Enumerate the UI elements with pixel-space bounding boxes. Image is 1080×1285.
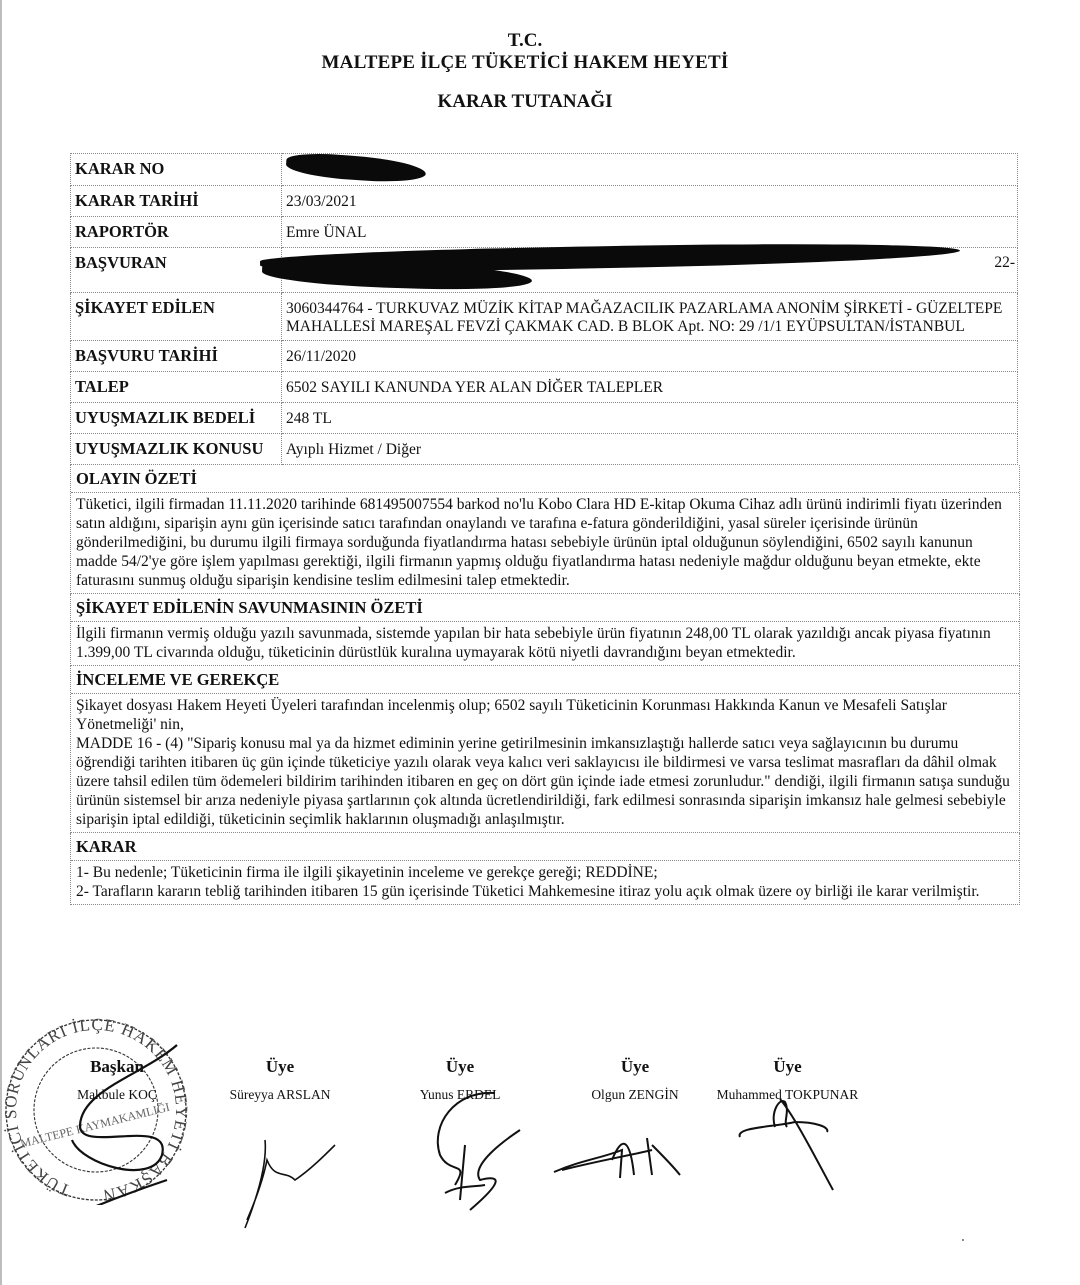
- organization-name: MALTEPE İLÇE TÜKETİCİ HAKEM HEYETİ: [0, 52, 1050, 74]
- row-label-basvuran: BAŞVURAN: [71, 248, 282, 293]
- talep-value: 6502 SAYILI KANUNDA YER ALAN DİĞER TALEP…: [282, 372, 1018, 403]
- signatory-role: Üye: [710, 1057, 865, 1077]
- official-stamp-icon: TÜKETİCİ SORUNLARI İLÇE HAKEM HEYETİ BAŞ…: [2, 1015, 190, 1205]
- signature-mark-icon: [552, 1130, 682, 1180]
- row-label-karar-no: KARAR NO: [71, 154, 282, 186]
- document-title: KARAR TUTANAĞI: [0, 91, 1050, 113]
- table-row: BAŞVURU TARİHİ 26/11/2020: [71, 341, 1018, 372]
- decision-item: 2- Tarafların kararın tebliğ tarihinden …: [76, 882, 1014, 901]
- section-body: Şikayet dosyası Hakem Heyeti Üyeleri tar…: [71, 694, 1019, 832]
- section-heading: KARAR: [71, 833, 1019, 861]
- table-row: BAŞVURAN 22-: [71, 248, 1018, 293]
- row-label-basvuru-tarihi: BAŞVURU TARİHİ: [71, 341, 282, 372]
- table-row: KARAR NO: [71, 154, 1018, 186]
- signatory-name: Makbule KOÇ: [72, 1087, 162, 1103]
- signatory-role: Üye: [400, 1057, 520, 1077]
- basvuran-value: 22-: [282, 248, 1018, 293]
- scan-speck: [962, 1239, 964, 1241]
- section-paragraph: Şikayet dosyası Hakem Heyeti Üyeleri tar…: [76, 696, 1014, 734]
- signature-area: TÜKETİCİ SORUNLARI İLÇE HAKEM HEYETİ BAŞ…: [0, 1015, 1080, 1285]
- section-paragraph: MADDE 16 - (4) "Sipariş konusu mal ya da…: [76, 734, 1014, 829]
- karar-tarihi-value: 23/03/2021: [282, 186, 1018, 217]
- signatory-uye-3: Üye Olgun ZENGİN: [575, 1057, 695, 1103]
- basvuru-tarihi-value: 26/11/2020: [282, 341, 1018, 372]
- row-label-uyusmazlik-konusu: UYUŞMAZLIK KONUSU: [71, 434, 282, 465]
- signatory-baskan: Başkan Makbule KOÇ: [72, 1057, 162, 1103]
- row-label-karar-tarihi: KARAR TARİHİ: [71, 186, 282, 217]
- section-heading: İNCELEME VE GEREKÇE: [71, 666, 1019, 694]
- signatory-uye-1: Üye Süreyya ARSLAN: [220, 1057, 340, 1103]
- table-row: UYUŞMAZLIK BEDELİ 248 TL: [71, 403, 1018, 434]
- karar-no-value: [282, 154, 1018, 186]
- row-label-uyusmazlik-bedeli: UYUŞMAZLIK BEDELİ: [71, 403, 282, 434]
- svg-text:MALTEPE KAYMAKAMLIĞI: MALTEPE KAYMAKAMLIĞI: [19, 1100, 171, 1151]
- uyusmazlik-konusu-value: Ayıplı Hizmet / Diğer: [282, 434, 1018, 465]
- signature-mark-icon: [415, 1085, 525, 1215]
- signatory-role: Başkan: [72, 1057, 162, 1077]
- section-paragraph: İlgili firmanın vermiş olduğu yazılı sav…: [76, 624, 1014, 662]
- signatory-name: Süreyya ARSLAN: [220, 1087, 340, 1103]
- section-savunma-ozeti: ŞİKAYET EDİLENİN SAVUNMASININ ÖZETİ İlgi…: [70, 594, 1020, 666]
- section-heading: ŞİKAYET EDİLENİN SAVUNMASININ ÖZETİ: [71, 594, 1019, 622]
- signature-mark-icon: [735, 1097, 845, 1192]
- sikayet-edilen-value: 3060344764 - TURKUVAZ MÜZİK KİTAP MAĞAZA…: [282, 293, 1018, 341]
- section-karar: KARAR 1- Bu nedenle; Tüketicinin firma i…: [70, 833, 1020, 905]
- table-row: ŞİKAYET EDİLEN 3060344764 - TURKUVAZ MÜZ…: [71, 293, 1018, 341]
- uyusmazlik-bedeli-value: 248 TL: [282, 403, 1018, 434]
- signatory-name: Olgun ZENGİN: [575, 1087, 695, 1103]
- section-inceleme-gerekce: İNCELEME VE GEREKÇE Şikayet dosyası Hake…: [70, 666, 1020, 833]
- row-label-raportor: RAPORTÖR: [71, 217, 282, 248]
- decision-form: KARAR NO KARAR TARİHİ 23/03/2021 RAPORTÖ…: [70, 153, 1018, 905]
- row-label-sikayet-edilen: ŞİKAYET EDİLEN: [71, 293, 282, 341]
- section-body: Tüketici, ilgili firmadan 11.11.2020 tar…: [71, 493, 1019, 593]
- signatory-role: Üye: [575, 1057, 695, 1077]
- section-body: İlgili firmanın vermiş olduğu yazılı sav…: [71, 622, 1019, 665]
- basvuran-visible-fragment: 22-: [994, 254, 1015, 272]
- country-label: T.C.: [0, 30, 1050, 52]
- row-label-talep: TALEP: [71, 372, 282, 403]
- decision-item: 1- Bu nedenle; Tüketicinin firma ile ilg…: [76, 863, 1014, 882]
- info-table: KARAR NO KARAR TARİHİ 23/03/2021 RAPORTÖ…: [70, 153, 1018, 465]
- table-row: KARAR TARİHİ 23/03/2021: [71, 186, 1018, 217]
- redaction-mark: [285, 151, 426, 185]
- section-olay-ozeti: OLAYIN ÖZETİ Tüketici, ilgili firmadan 1…: [70, 465, 1020, 594]
- signature-mark-icon: [235, 1130, 345, 1230]
- table-row: TALEP 6502 SAYILI KANUNDA YER ALAN DİĞER…: [71, 372, 1018, 403]
- raportor-value: Emre ÜNAL: [282, 217, 1018, 248]
- document-header: T.C. MALTEPE İLÇE TÜKETİCİ HAKEM HEYETİ …: [0, 30, 1050, 113]
- section-body: 1- Bu nedenle; Tüketicinin firma ile ilg…: [71, 861, 1019, 904]
- table-row: RAPORTÖR Emre ÜNAL: [71, 217, 1018, 248]
- table-row: UYUŞMAZLIK KONUSU Ayıplı Hizmet / Diğer: [71, 434, 1018, 465]
- section-heading: OLAYIN ÖZETİ: [71, 465, 1019, 493]
- section-paragraph: Tüketici, ilgili firmadan 11.11.2020 tar…: [76, 495, 1014, 590]
- signatory-role: Üye: [220, 1057, 340, 1077]
